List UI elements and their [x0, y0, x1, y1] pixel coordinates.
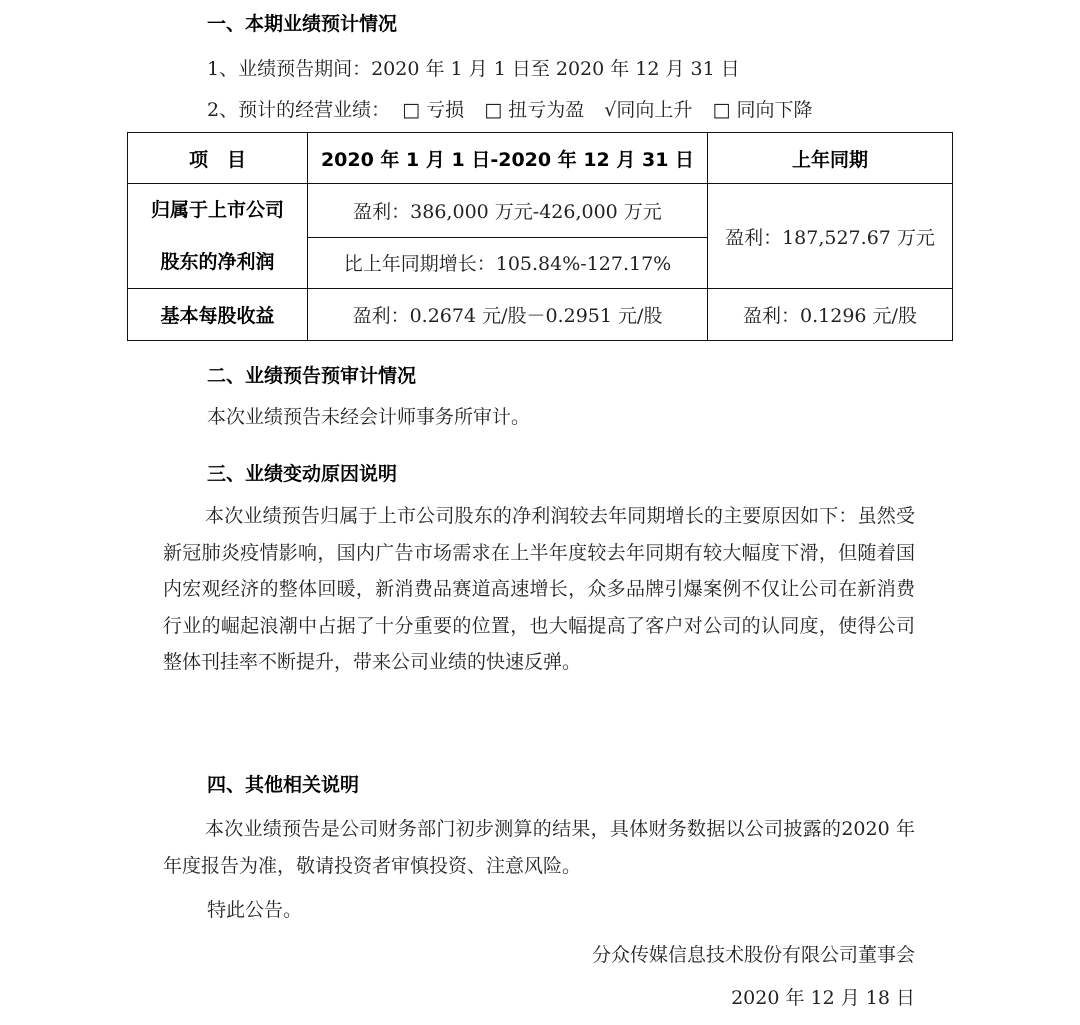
section4-text: 本次业绩预告是公司财务部门初步测算的结果，具体财务数据以公司披露的2020 年年… [163, 811, 915, 884]
header-item: 项 目 [128, 133, 308, 184]
checkbox-empty-icon: □ [484, 99, 502, 121]
table-row-net-profit: 归属于上市公司 股东的净利润 盈利：386,000 万元-426,000 万元 … [128, 184, 953, 238]
checkbox-empty-icon: □ [402, 99, 420, 121]
table-row-eps: 基本每股收益 盈利：0.2674 元/股－0.2951 元/股 盈利：0.129… [128, 289, 953, 341]
expected-performance: 2、预计的经营业绩： □ 亏损 □ 扭亏为盈 √同向上升 □ 同向下降 [207, 98, 812, 122]
option-decrease: □ 同向下降 [712, 99, 812, 121]
checkmark-icon: √ [604, 99, 616, 121]
table-header-row: 项 目 2020 年 1 月 1 日-2020 年 12 月 31 日 上年同期 [128, 133, 953, 184]
section2-heading: 二、业绩预告预审计情况 [207, 364, 416, 388]
closing-text: 特此公告。 [207, 898, 302, 922]
header-current-period: 2020 年 1 月 1 日-2020 年 12 月 31 日 [308, 133, 708, 184]
current-growth: 比上年同期增长：105.84%-127.17% [308, 237, 708, 289]
checkbox-empty-icon: □ [712, 99, 730, 121]
section4-heading: 四、其他相关说明 [207, 773, 359, 797]
section3-text: 本次业绩预告归属于上市公司股东的净利润较去年同期增长的主要原因如下：虽然受新冠肺… [163, 498, 915, 681]
current-net-profit: 盈利：386,000 万元-426,000 万元 [308, 184, 708, 238]
current-eps: 盈利：0.2674 元/股－0.2951 元/股 [308, 289, 708, 341]
item-net-profit: 归属于上市公司 股东的净利润 [128, 184, 308, 289]
forecast-period: 1、业绩预告期间：2020 年 1 月 1 日至 2020 年 12 月 31 … [207, 57, 740, 81]
section3-heading: 三、业绩变动原因说明 [207, 462, 397, 486]
forecast-table: 项 目 2020 年 1 月 1 日-2020 年 12 月 31 日 上年同期… [127, 132, 953, 341]
item-eps: 基本每股收益 [128, 289, 308, 341]
expected-label: 2、预计的经营业绩： [207, 99, 390, 121]
section2-text: 本次业绩预告未经会计师事务所审计。 [207, 405, 530, 429]
header-prior-period: 上年同期 [708, 133, 953, 184]
option-turnaround: □ 扭亏为盈 [484, 99, 584, 121]
signature-company: 分众传媒信息技术股份有限公司董事会 [592, 943, 915, 967]
option-loss: □ 亏损 [402, 99, 464, 121]
prior-net-profit: 盈利：187,527.67 万元 [708, 184, 953, 289]
option-increase: √同向上升 [604, 99, 692, 121]
prior-eps: 盈利：0.1296 元/股 [708, 289, 953, 341]
signature-date: 2020 年 12 月 18 日 [731, 986, 915, 1010]
section1-heading: 一、本期业绩预计情况 [207, 12, 397, 36]
